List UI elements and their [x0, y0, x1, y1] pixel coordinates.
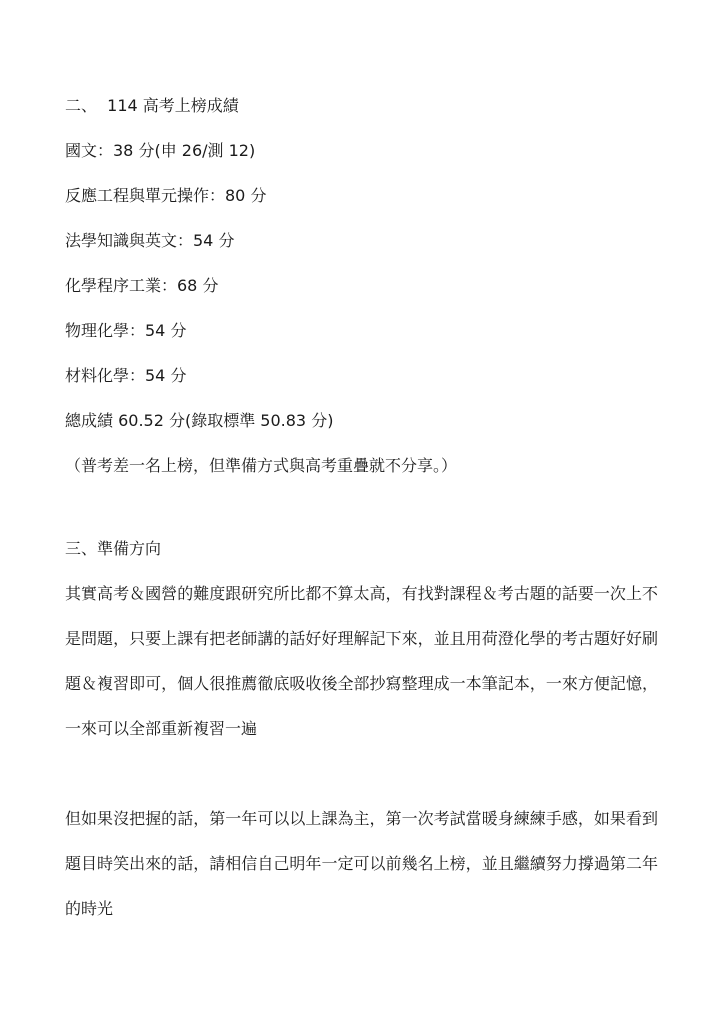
score-line-law-english: 法學知識與英文：54 分: [65, 218, 658, 263]
preparation-paragraph-1-line: 其實高考＆國營的難度跟研究所比都不算太高，有找對課程＆考古題的話要一次上不: [65, 571, 658, 616]
preparation-paragraph-2-line: 題目時笑出來的話，請相信自己明年一定可以前幾名上榜，並且繼續努力撐過第二年: [65, 841, 658, 886]
paragraph-gap: [65, 751, 658, 796]
section-preparation-heading: 三、準備方向: [65, 526, 658, 571]
document-page: 二、 114 高考上榜成績 國文：38 分(申 26/測 12) 反應工程與單元…: [0, 0, 724, 1024]
preparation-paragraph-1-line: 是問題，只要上課有把老師講的話好好理解記下來，並且用荷澄化學的考古題好好刷: [65, 616, 658, 661]
score-line-physical-chemistry: 物理化學：54 分: [65, 308, 658, 353]
preparation-paragraph-1-line: 一來可以全部重新複習一遍: [65, 706, 658, 751]
score-line-reaction-engineering: 反應工程與單元操作：80 分: [65, 173, 658, 218]
results-note: （普考差一名上榜，但準備方式與高考重疊就不分享。）: [65, 443, 658, 488]
score-line-chinese: 國文：38 分(申 26/測 12): [65, 128, 658, 173]
section-gap: [65, 488, 658, 526]
score-line-materials-chemistry: 材料化學：54 分: [65, 353, 658, 398]
score-line-chemical-process: 化學程序工業：68 分: [65, 263, 658, 308]
page-content: 二、 114 高考上榜成績 國文：38 分(申 26/測 12) 反應工程與單元…: [65, 83, 658, 931]
preparation-paragraph-1-line: 題＆複習即可，個人很推薦徹底吸收後全部抄寫整理成一本筆記本，一來方便記憶，: [65, 661, 658, 706]
preparation-paragraph-2-line: 的時光: [65, 886, 658, 931]
score-line-total: 總成績 60.52 分(錄取標準 50.83 分): [65, 398, 658, 443]
preparation-paragraph-2-line: 但如果沒把握的話，第一年可以以上課為主，第一次考試當暖身練練手感，如果看到: [65, 796, 658, 841]
section-results-heading: 二、 114 高考上榜成績: [65, 83, 658, 128]
